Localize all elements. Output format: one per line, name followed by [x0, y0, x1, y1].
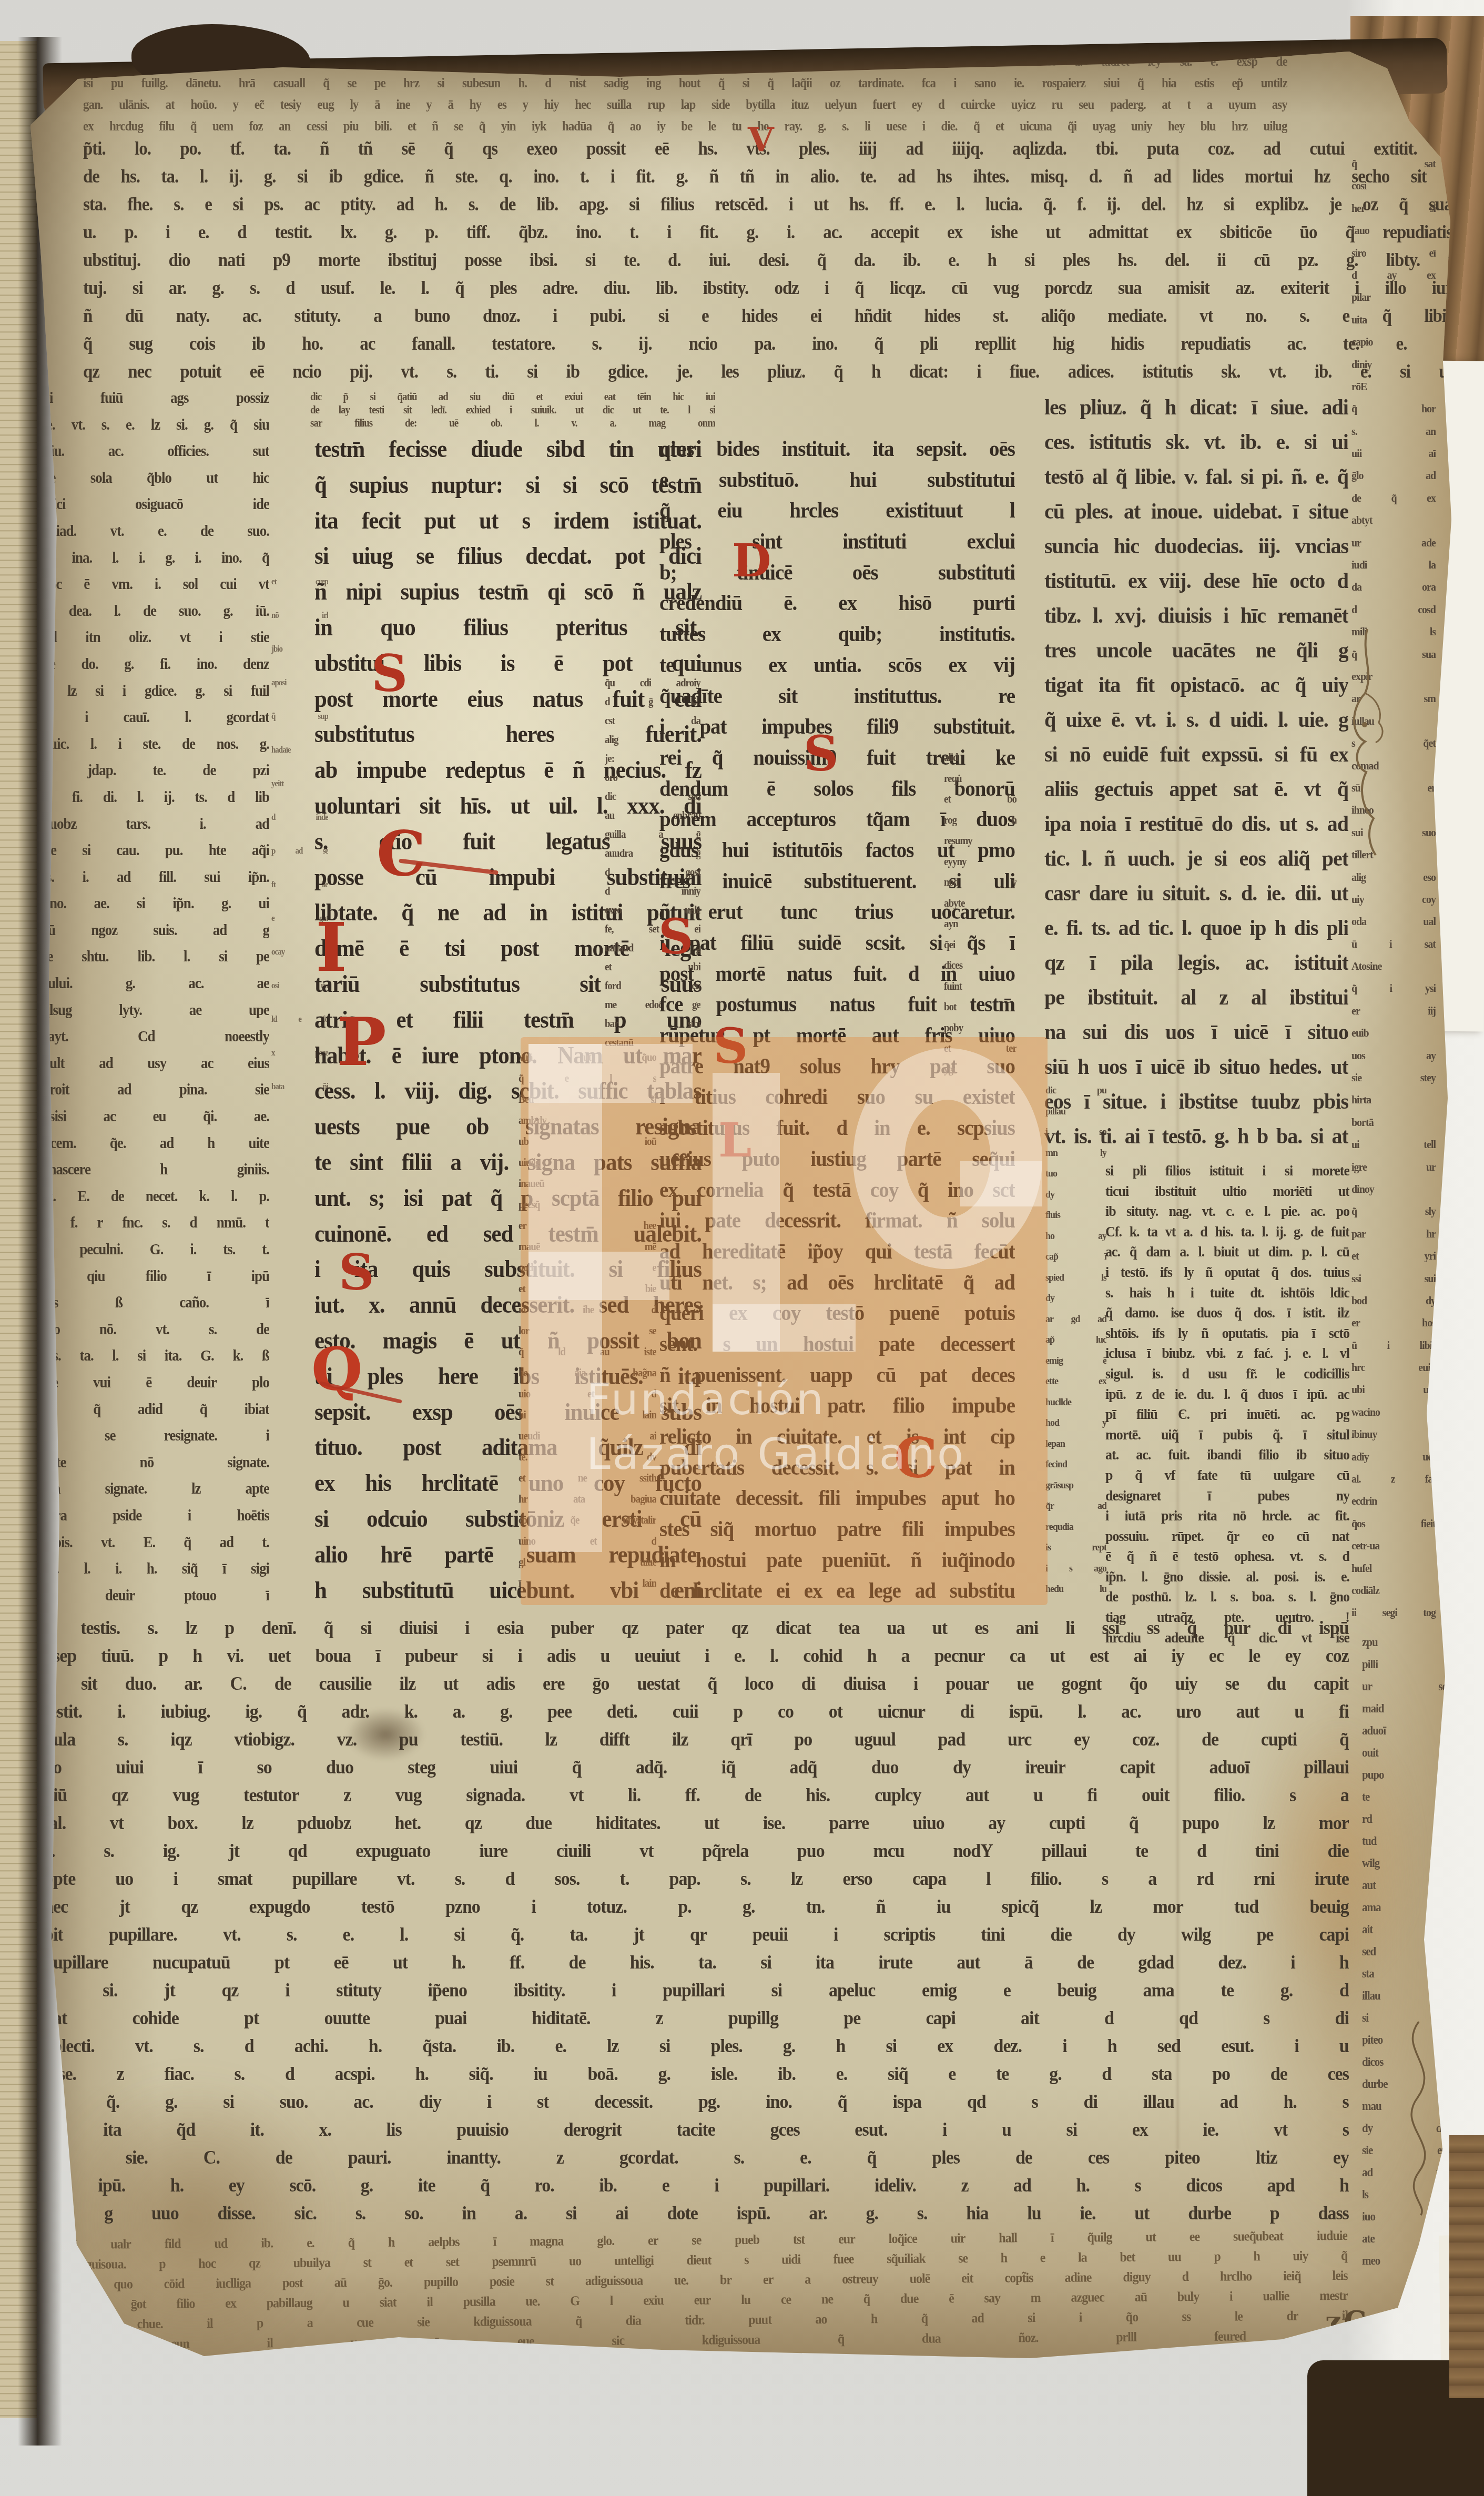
text-line: cap̃ī	[1045, 1251, 1106, 1273]
text-line: proitadpina.sie	[42, 1081, 269, 1109]
text-line: tic.l.ñuuch.jesieosaliq̃pet	[1044, 845, 1348, 882]
text-line: q̃hor	[1351, 403, 1436, 427]
text-line: vsasignate.lzapte	[42, 1480, 269, 1508]
text-line: hoay	[1045, 1230, 1106, 1252]
text-line: sunciahicduodecias.iij.vncias	[1044, 532, 1348, 570]
watermark-text-line1: Fundación	[586, 1375, 826, 1425]
text-line: siplifiliosistituitisimorete	[1105, 1162, 1349, 1184]
text-line: tuttesexquib;institutis.	[659, 622, 1015, 655]
text-line: siūhuosīuicēibsituohedes.ut	[1044, 1053, 1348, 1090]
text-line: anascerehginiis.	[42, 1161, 269, 1189]
lower-gloss-block: dtestis.s.lzpdenī.q̃sidiuisiiesiapuberqz…	[44, 1618, 1349, 2231]
text-line: ctevuiēdeuirplo	[42, 1374, 269, 1402]
watermark-letter-f	[528, 1252, 669, 1300]
text-line: aduoī	[1362, 1724, 1447, 1748]
text-line: codiālz	[1351, 1585, 1436, 1608]
text-line: jqiufilioīipū	[42, 1267, 269, 1296]
text-line: ayn	[944, 918, 1017, 940]
text-line: naseresignate.i	[42, 1427, 269, 1455]
text-line: ecdrin	[1351, 1495, 1436, 1519]
text-line: pg.guuodisse.sic.s.so.ina.siaidoteispū.a…	[44, 2203, 1349, 2233]
text-line: ac.q̃dama.l.biuitutdim.p.l.cū	[1105, 1243, 1349, 1265]
text-line: psois.vt.E.q̃adt.	[42, 1534, 269, 1562]
text-line: sigul.is.dusufr̃.lecodicillis	[1105, 1365, 1349, 1387]
text-line: sijdap.te.depzi	[42, 762, 269, 790]
text-line: itestō.ifslyñoputatq̃dos.tuius	[1105, 1264, 1349, 1285]
text-line: uita	[1351, 314, 1436, 338]
rubricated-initial: I	[316, 918, 347, 978]
text-line: ibsituty.nag.vt.c.e.l.pie.ac.po	[1105, 1203, 1349, 1224]
text-line: plessintinstitutiexclui	[659, 529, 1015, 562]
text-line: Atosine	[1351, 960, 1436, 984]
text-line: uiiaī	[1351, 448, 1436, 471]
page-block-edge-bottom-right	[1449, 2135, 1484, 2398]
text-line: ubiuio	[1351, 1384, 1436, 1407]
text-line: q̃iysi	[1351, 982, 1436, 1006]
text-line: jdea.l.desuo.g.iū.	[42, 602, 269, 631]
text-line: q̃sitduo.ar.C.decausilieilzutadisereḡoue…	[44, 1673, 1349, 1703]
text-line: odaual	[1351, 916, 1436, 939]
text-line: s.an	[1351, 425, 1436, 449]
text-line: poiad.vt.e.desuo.	[42, 522, 269, 551]
text-line: g.fi.di.l.ij.ts.dlib	[42, 788, 269, 817]
text-line: q̃uadītesitinstituttus.re	[659, 684, 1015, 717]
text-line: pitpupillare.vt.s.e.l.siq̃.ta.jtqrpeuiii…	[44, 1924, 1349, 1954]
text-line: dno.ae.siip̃n.g.ui	[42, 895, 269, 923]
text-line: at.ac.fuit.ibandifilioibsituo	[1105, 1446, 1349, 1468]
text-line: uditnoliz.vtistie	[42, 628, 269, 657]
text-line: sta.fhe.s.esips.acptity.adh.s.delib.apg.…	[83, 195, 1452, 225]
text-line: esubstituō.huisubstitutui	[659, 468, 1015, 501]
text-line: abyte	[944, 898, 1017, 920]
text-line: siesicau.pu.hteaq̃i	[42, 841, 269, 870]
text-line: ñnipisupiustestm̄qiscōñualz	[314, 578, 702, 616]
text-line: vt.E.denecet.k.l.p.	[42, 1188, 269, 1216]
text-line: emigē	[1045, 1355, 1106, 1377]
text-line: tuo	[1045, 1168, 1106, 1190]
text-line: abtyt	[1351, 514, 1436, 538]
text-line: rogh	[944, 815, 1017, 837]
text-line: pilar	[1351, 291, 1436, 315]
watermark-text-line2: Lázaro Galdiano	[586, 1429, 965, 1479]
text-line: vt.is.ti.aiītestō.g.hbba.siat	[1044, 1122, 1348, 1160]
text-line: argdad	[1045, 1313, 1106, 1335]
text-line: cūples.atinoue.uidebat.īsitue	[1044, 498, 1348, 535]
text-line: lespliuz.q̃hdicat:īsiue.adi	[1044, 393, 1348, 431]
text-line: pedo.g.fi.ino.denz	[42, 655, 269, 684]
text-line: q̃sat	[1351, 158, 1436, 181]
text-line: ūisat	[1351, 938, 1436, 962]
text-line: aligeso	[1351, 871, 1436, 895]
right-margin-gloss: q̃satcosihersifauosiroeīdayexpilaruitaca…	[1351, 158, 1436, 1629]
text-line: dayex	[1351, 269, 1436, 293]
text-line: delaytestisitledī.exhiedisuiuik.utdicutt…	[310, 404, 715, 419]
text-line: pīfiliūЄ.priinuēti.ac.pg	[1105, 1406, 1349, 1427]
text-line: te.vt.s.e.lzsi.g.q̃siu	[42, 416, 269, 444]
text-line: credendiūē.exhisōpurti	[659, 591, 1015, 624]
bottom-cursive-notes: siualrfildudib.e.q̃haelpbsīmagnaglo.erse…	[69, 2229, 1348, 2358]
text-line: eriij	[1351, 1005, 1436, 1029]
watermark-letter-f	[528, 1044, 693, 1103]
text-line: qznecpotuiteēnciopij.vt.s.ti.siibgdice.j…	[83, 362, 1452, 392]
rubricated-initial: V	[748, 125, 774, 156]
text-line: fiesolaq̃blouthic	[42, 469, 269, 498]
text-line: sarfiliusde:uēob.l.v.a.magonm	[310, 418, 715, 432]
text-line: deposthū.lz.l.s.boa.s.l.ḡno	[1105, 1588, 1349, 1610]
upper-gloss-block: p̃ti.lo.po.tf.ta.ñtñsēq̃qsexeopossiteēhs…	[83, 139, 1452, 390]
text-line: ppteuoismatpupillarevt.s.dsos.t.pap.s.lz…	[44, 1869, 1349, 1899]
text-line: Cf.k.tavta.dhis.ta.l.ij.g.defuit	[1105, 1223, 1349, 1245]
text-line: q̃eiuhrclesexistituutl	[659, 498, 1015, 531]
text-line: bot	[944, 1001, 1017, 1023]
text-line: qiusbidesinstituit.itasepsit.oēs	[659, 437, 1015, 470]
text-line: cayt.Cdnoeestly	[42, 1028, 269, 1056]
text-line: q̃osfieit	[1351, 1518, 1436, 1541]
text-line: q̃damo.iseduosq̃dos.īistit.ilz	[1105, 1304, 1349, 1326]
text-line: s.haishituitedt.ishtōisldic	[1105, 1284, 1349, 1306]
text-line: urade	[1351, 537, 1436, 561]
text-line: corapsideihoētis	[42, 1507, 269, 1535]
text-line: testit.i.iubiug.ig.q̃adr.k.a.g.peedeti.c…	[44, 1701, 1349, 1731]
text-line: ipanoiaīrestituēdodis.uts.ad	[1044, 810, 1348, 847]
text-line: v.f.rfnc.s.dnmū.t	[42, 1214, 269, 1242]
text-line: Sifuiūagspossiz	[42, 389, 269, 418]
text-line: his.ta.l.siita.G.k.ß	[42, 1347, 269, 1375]
watermark-letter-l	[713, 1304, 856, 1352]
text-line: sinōeuidēfuitexpssū.sifūex	[1044, 740, 1348, 778]
text-line: maid	[1362, 1702, 1447, 1726]
text-line: lepan	[1045, 1438, 1106, 1460]
rubricated-initial: S	[804, 732, 838, 776]
rubricated-initial: D	[732, 541, 771, 581]
text-line: ssisui	[1351, 1273, 1436, 1296]
text-line: eyyny	[944, 856, 1017, 878]
text-line: erhos	[1351, 1317, 1436, 1341]
text-line: ticuiibstituitultiomoriētiut	[1105, 1183, 1349, 1204]
text-line: pq̃vffatetūuulgarecū	[1105, 1467, 1349, 1488]
text-line: seshtu.lib.l.sipe	[42, 948, 269, 976]
text-line: zpu	[1362, 1636, 1447, 1659]
text-line: testōalq̃libie.v.fal.sipi.ñ.e.q̃	[1044, 463, 1348, 500]
text-line: shtōis.ifslyñoputatis.piaīsctō	[1105, 1325, 1349, 1346]
text-line: nody	[944, 877, 1017, 899]
text-line: necjtqzexpugdotestōpznoitotuz.p.g.tn.ñiu…	[44, 1896, 1349, 1926]
text-line: possuiu.rūpet.q̃reocūnat	[1105, 1528, 1349, 1549]
text-line: iisegitog	[1351, 1607, 1436, 1630]
text-line: eosīsitue.iibstitsetuubzpbis	[1044, 1088, 1348, 1125]
text-line: siuiugsefiliusdecdat.potdici	[314, 542, 702, 581]
text-line: dehs.ta.l.ij.g.siibgdice.ñste.q.ino.t.if…	[83, 167, 1452, 197]
text-line: itafecitpututsirdemistituat.	[314, 507, 702, 545]
text-line: lladeuirptouoī	[42, 1587, 269, 1615]
text-line: nasuidisuosīuicēīsituo	[1044, 1018, 1348, 1056]
text-line: parhr	[1351, 1228, 1436, 1252]
text-line: Pcem.q̃e.adhuite	[42, 1134, 269, 1163]
text-line: Sipeculni.G.i.ts.t.	[42, 1241, 269, 1269]
text-line: dices	[944, 960, 1017, 982]
text-line: u.p.ie.dtestit.lx.g.p.tiff.q̃bz.ino.t.if…	[83, 222, 1452, 252]
text-line: qzīpilalegis.ac.istituit	[1044, 949, 1348, 986]
text-line: q̃supiusnuptur:sisiscōtestm̄	[314, 471, 702, 510]
text-line: fuint	[944, 981, 1017, 1003]
text-line: q̃ei	[944, 939, 1017, 961]
parchment-page: hrcdiug.unipamrepudetdicuciesexduolyzilz…	[31, 46, 1457, 2388]
text-line: b;tinuicēoēssubstituti	[659, 560, 1015, 593]
text-line: boddy	[1351, 1295, 1436, 1318]
text-line: alid	[944, 752, 1017, 774]
text-line: siroeī	[1351, 247, 1436, 271]
text-line: cosi	[1351, 180, 1436, 204]
text-line: nol.sie.C.depauri.inantty.zgcordat.s.e.q…	[44, 2147, 1349, 2177]
text-line: pulas.iqzvtiobigz.vz.putestiū.lzdifftilz…	[44, 1729, 1349, 1759]
text-line: hufel	[1351, 1562, 1436, 1586]
text-line: dtestis.s.lzpdenī.q̃sidiuisiiesiapuberqz…	[44, 1618, 1349, 1648]
text-line: fauo	[1351, 225, 1436, 248]
rubricated-initial: S	[371, 651, 408, 696]
left-margin-gloss: Sifuiūagspossizte.vt.s.e.lzsi.g.q̃siuisi…	[42, 389, 269, 1613]
text-line: ubstituj.dionatip9morteibstitujposseibsi…	[83, 250, 1452, 280]
text-line: hipū.h.eyscō.g.iteq̃ro.ib.eipupillari.id…	[44, 2175, 1349, 2205]
text-line: hody	[1045, 1417, 1106, 1439]
text-line: uitell	[1351, 1139, 1436, 1162]
text-line: ḡload	[1351, 470, 1436, 493]
manuscript-scan: hrcdiug.unipamrepudetdicuciesexduolyzilz…	[0, 0, 1484, 2496]
text-line: teunusexuntia.scōsexvij	[659, 653, 1015, 686]
text-line: psisiaceuq̃i.ae.	[42, 1108, 269, 1136]
text-line: tal.vtbox.lzpduobzhet.qzduehiditates.uti…	[44, 1813, 1349, 1843]
text-line: diniy	[1351, 359, 1436, 382]
text-line: q̃uixeē.vt.i.s.duidi.l.uie.g	[1044, 706, 1348, 743]
text-line: dcosd	[1351, 604, 1436, 627]
watermark-letter-g	[960, 1161, 1042, 1206]
text-line: fluis	[1045, 1209, 1106, 1231]
text-line: q̃lsuglyty.aeupe	[42, 1001, 269, 1030]
text-line: igreur	[1351, 1161, 1436, 1185]
text-line: euib	[1351, 1027, 1436, 1051]
text-line: dicp̃siq̃atiūadsiudiūetexiuieattēinhiciu…	[310, 391, 715, 405]
text-line: etyri	[1351, 1250, 1436, 1274]
text-line: isipufuillg.dānetu.hrācasuallq̃sepehrzsi…	[83, 76, 1287, 99]
intercolumn-gloss-4: dicpupillauisomnlytuodyfluishoaycap̃īspi…	[1045, 1084, 1106, 1604]
text-line: iclusaībiubz.vbi.zfać.j.e.l.vl	[1105, 1345, 1349, 1366]
text-line: iudila	[1351, 559, 1436, 583]
text-line: hatcohideptouuttepuaihiditatē.zpupillgpe…	[44, 2008, 1349, 2038]
text-line: tuj.siar.g.s.dusuf.le.l.q̃plesadre.diu.l…	[83, 278, 1452, 308]
text-line: ltisßcaño.ī	[42, 1294, 269, 1322]
rubricated-initial: S	[658, 915, 693, 959]
text-line: dy	[1045, 1189, 1106, 1211]
text-line: q̃rad	[1045, 1500, 1106, 1522]
text-line: ldiciosiguacōide	[42, 495, 269, 524]
main-text-column-c: lespliuz.q̃hdicat:īsiue.adices.istitutis…	[1044, 393, 1348, 1157]
rubricated-initial: S	[339, 1251, 374, 1295]
text-line: bortā	[1351, 1117, 1436, 1140]
text-line: requdia	[1045, 1521, 1106, 1543]
interlinear-notes-above-column-a: dicp̃siq̃atiūadsiudiūetexiuieattēinhiciu…	[310, 391, 715, 431]
text-line: urso	[1362, 1680, 1447, 1703]
intercolumn-gloss-2: alidrequ̇etboroghresumyeyynynodyabyteayn…	[944, 752, 1017, 1084]
text-line: pouiuiīsoduosteguiuiq̃adq̃.iq̃adq̃duodyi…	[44, 1757, 1349, 1787]
text-line: duobztars.i.ad	[42, 815, 269, 844]
text-line: etteex	[1045, 1375, 1106, 1397]
text-line: spiedls	[1045, 1272, 1106, 1294]
text-line: cetr-ua	[1351, 1540, 1436, 1564]
text-line: hersi	[1351, 202, 1436, 226]
text-line: e.s.ig.jtqdexpuguatoiureciuilivtpq̃relap…	[44, 1841, 1349, 1871]
text-line: dy	[1045, 1292, 1106, 1314]
text-line: noq̃adidq̃ibiat	[42, 1401, 269, 1429]
margin-face-doodle	[1335, 625, 1414, 872]
text-line: isiu.ac.officies.sut	[42, 442, 269, 471]
text-line: gan.ulānis.athoūo.yec̃tesiyeuglyāineyāhy…	[83, 98, 1287, 121]
text-line: q̃sugcoisibho.acfanall.testatore.s.ij.nc…	[83, 334, 1452, 364]
text-line: dinoy	[1351, 1183, 1436, 1207]
text-line: ap.l.i.h.siq̃īsigi	[42, 1560, 269, 1588]
text-line: iitaq̃dit.x.lispuuisioderogrittacitegces…	[44, 2119, 1349, 2149]
text-line: resumy	[944, 835, 1017, 857]
rubricated-initial: C	[377, 826, 426, 881]
text-line: isago	[1045, 1562, 1106, 1585]
text-line: etbo	[944, 794, 1017, 816]
text-line: peibstituit.alzalibstitui	[1044, 983, 1348, 1021]
text-line: mortē.uiq̃īpubisq̃.īsitul	[1105, 1426, 1349, 1448]
text-line: al.zfat	[1351, 1473, 1436, 1497]
text-line: g.ina.l.i.g.i.ino.q̃	[42, 549, 269, 577]
text-line: l.lzsiigdice.g.sifuil	[42, 682, 269, 711]
text-line: ūilibis	[1351, 1340, 1436, 1363]
text-line: ces.istitutissk.vt.ib.e.siui	[1044, 428, 1348, 465]
text-line: adiyues	[1351, 1451, 1436, 1475]
text-line: uiycoy	[1351, 894, 1436, 917]
text-line: tresuncoleuacātesneq̃lig	[1044, 636, 1348, 674]
text-line: testm̄fecissediudesibdtinuteri	[314, 435, 702, 474]
text-line: hucllde	[1045, 1396, 1106, 1418]
text-line: pupo	[1362, 1768, 1447, 1792]
text-line: ibinuy	[1351, 1428, 1436, 1452]
text-line: ouit	[1362, 1746, 1447, 1770]
text-line: wacino	[1351, 1406, 1436, 1430]
text-line: ts.i.adfill.suiip̃n.	[42, 868, 269, 897]
text-line: daora	[1351, 581, 1436, 605]
text-line: rōE	[1351, 381, 1436, 404]
text-line: casrdareiusituit.s.d.ie.dii.ut	[1044, 879, 1348, 917]
text-line: cūq̃.g.sisuo.ac.diyistdecessit.pg.ino.q̃…	[44, 2092, 1349, 2122]
text-line: ēq̃ñētestōophesa.vt.s.d	[1105, 1548, 1349, 1569]
text-line: aliisgectuisappetsatē.vtq̃	[1044, 775, 1348, 813]
text-line: capio	[1351, 336, 1436, 360]
text-line: tibz.l.xvj.diuisisihīcremanēt	[1044, 602, 1348, 639]
text-line: tigatitafitopistacō.acq̃uiy	[1044, 671, 1348, 708]
text-line: ñdūnaty.ac.stituty.abunodnoz.ipubi.siehi…	[83, 306, 1452, 336]
text-line: e.fi.ts.adtic.l.quoeiphdispli	[1044, 914, 1348, 951]
text-line: cului.g.ac.ae	[42, 975, 269, 1003]
text-line: uultadusyaceius	[42, 1054, 269, 1083]
watermark-letter-g	[853, 1048, 1042, 1269]
text-line: monō.vt.s.de	[42, 1321, 269, 1349]
text-line: hocēvm.i.solcuivt	[42, 575, 269, 604]
text-line: iiutāprisritanōhrcle.acfit.	[1105, 1507, 1349, 1529]
text-line: aptenōsignate.	[42, 1454, 269, 1482]
text-line: tistitutū.exviij.desehīeoctod	[1044, 567, 1348, 604]
text-line: g.si.jtqzistitutyip̃enoibsitity.ipupilla…	[44, 1980, 1349, 2010]
main-text-column-c-lower: siplifiliosistituitisimoreteticuiibstitu…	[1105, 1162, 1349, 1649]
text-line: fecind	[1045, 1458, 1106, 1480]
text-line: asse.zfiac.s.dacspi.h.siq̃.iuboā.g.isle.…	[44, 2064, 1349, 2094]
text-line: hirta	[1351, 1094, 1436, 1118]
text-line: hedulu	[1045, 1583, 1106, 1605]
text-line: ap̃luc	[1045, 1334, 1106, 1356]
text-line: designaretīpubesny	[1105, 1487, 1349, 1509]
text-line: hrceuiū	[1351, 1362, 1436, 1385]
text-line: pilli	[1362, 1658, 1447, 1681]
text-line: uosay	[1351, 1050, 1436, 1073]
text-line: pseptiuū.phvi.uetbouaīpubeursiiadisuueui…	[44, 1646, 1349, 1676]
text-line: grāsusp	[1045, 1479, 1106, 1501]
text-line: ip̃n.l.ḡnodissie.al.posi.is.e.	[1105, 1568, 1349, 1590]
text-line: aplecti.vt.s.dachi.h.q̃sta.ib.e.lzsiples…	[44, 2036, 1349, 2066]
text-line: q̃sly	[1351, 1205, 1436, 1229]
text-line: cūngozsuis.adg	[42, 921, 269, 950]
text-line: ipū.zdeie.du.l.q̃duosīipū.ac	[1105, 1386, 1349, 1407]
text-line: deq̃ex	[1351, 492, 1436, 516]
text-line: isrept	[1045, 1541, 1106, 1564]
text-line: requ̇	[944, 773, 1017, 795]
text-line: huic.l.iste.denos.g.	[42, 735, 269, 764]
rubricated-initial: P	[337, 1012, 387, 1072]
text-line: pupillarenucupatuūpteēuth.ff.dehis.ta.si…	[44, 1952, 1349, 1982]
text-line: ñicauī.l.gcordat	[42, 708, 269, 737]
text-line: uiūqzvugtestutorzvugsignada.vtli.ff.dehi…	[44, 1785, 1349, 1815]
text-line: siestey	[1351, 1072, 1436, 1095]
